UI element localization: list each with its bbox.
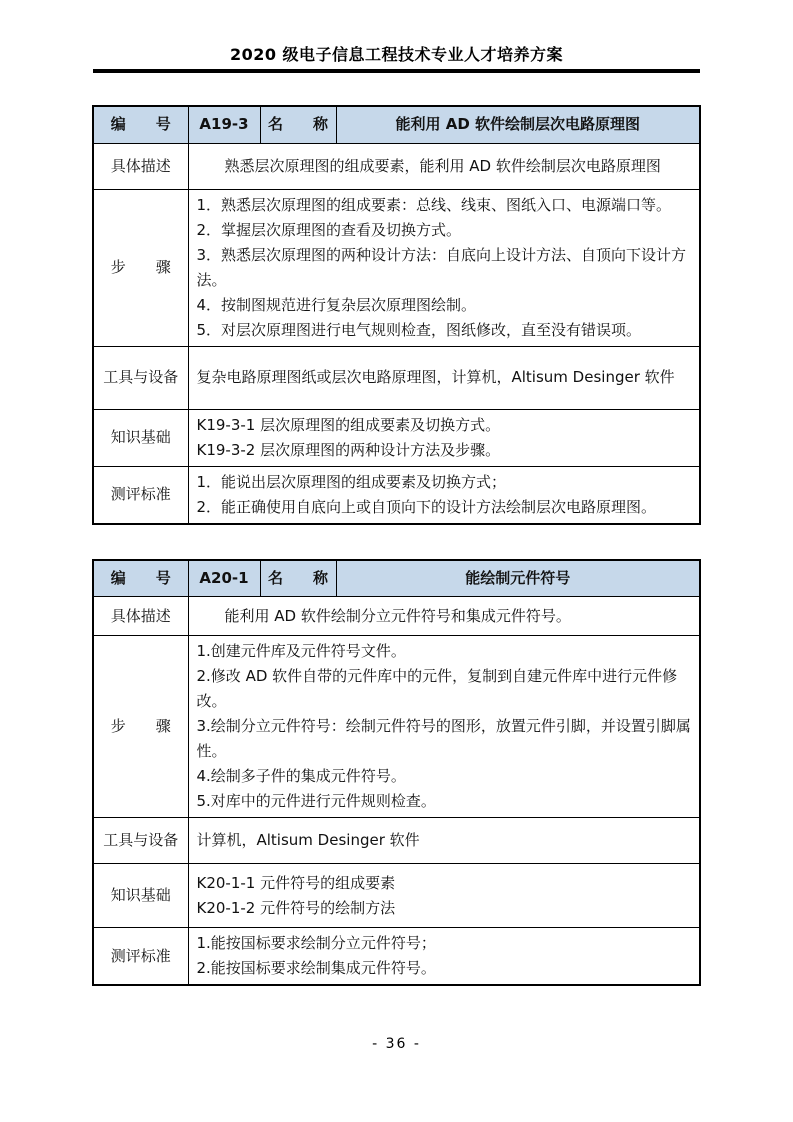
- competency-title: 能利用 AD 软件绘制层次电路原理图: [336, 106, 700, 143]
- knowledge-label: 知识基础: [93, 409, 188, 466]
- step-item: 4.绘制多子件的集成元件符号。: [197, 764, 692, 789]
- table-row: 测评标准 1.能按国标要求绘制分立元件符号； 2.能按国标要求绘制集成元件符号。: [93, 928, 700, 986]
- tools-label: 工具与设备: [93, 346, 188, 409]
- name-label: 名 称: [260, 560, 336, 597]
- table-row: 步 骤 1．熟悉层次原理图的组成要素：总线、线束、图纸入口、电源端口等。 2．掌…: [93, 189, 700, 346]
- step-item: 2.修改 AD 软件自带的元件库中的元件，复制到自建元件库中进行元件修改。: [197, 664, 692, 714]
- table-row: 工具与设备 复杂电路原理图纸或层次电路原理图，计算机，Altisum Desin…: [93, 346, 700, 409]
- knowledge-item: K20-1-1 元件符号的组成要素: [197, 871, 692, 896]
- table-row: 编 号 A20-1 名 称 能绘制元件符号: [93, 560, 700, 597]
- competency-code: A20-1: [188, 560, 260, 597]
- page-number: - 36 -: [0, 1036, 793, 1052]
- step-item: 1.创建元件库及元件符号文件。: [197, 639, 692, 664]
- knowledge-item: K20-1-2 元件符号的绘制方法: [197, 896, 692, 921]
- criteria-item: 2.能按国标要求绘制集成元件符号。: [197, 956, 692, 981]
- steps-label: 步 骤: [93, 636, 188, 818]
- knowledge-item: K19-3-1 层次原理图的组成要素及切换方式。: [197, 413, 692, 438]
- criteria-item: 1．能说出层次原理图的组成要素及切换方式；: [197, 470, 692, 495]
- table-row: 测评标准 1．能说出层次原理图的组成要素及切换方式； 2．能正确使用自底向上或自…: [93, 466, 700, 524]
- steps-text: 1.创建元件库及元件符号文件。 2.修改 AD 软件自带的元件库中的元件，复制到…: [188, 636, 700, 818]
- table-row: 知识基础 K19-3-1 层次原理图的组成要素及切换方式。 K19-3-2 层次…: [93, 409, 700, 466]
- table-row: 步 骤 1.创建元件库及元件符号文件。 2.修改 AD 软件自带的元件库中的元件…: [93, 636, 700, 818]
- table-row: 具体描述 熟悉层次原理图的组成要素，能利用 AD 软件绘制层次电路原理图: [93, 143, 700, 189]
- table-row: 具体描述 能利用 AD 软件绘制分立元件符号和集成元件符号。: [93, 597, 700, 636]
- step-item: 5.对库中的元件进行元件规则检查。: [197, 789, 692, 814]
- description-text: 能利用 AD 软件绘制分立元件符号和集成元件符号。: [188, 597, 700, 636]
- step-item: 2．掌握层次原理图的查看及切换方式。: [197, 218, 692, 243]
- criteria-item: 2．能正确使用自底向上或自顶向下的设计方法绘制层次电路原理图。: [197, 495, 692, 520]
- competency-table-a19-3: 编 号 A19-3 名 称 能利用 AD 软件绘制层次电路原理图 具体描述 熟悉…: [92, 105, 701, 525]
- competency-title: 能绘制元件符号: [336, 560, 700, 597]
- knowledge-text: K19-3-1 层次原理图的组成要素及切换方式。 K19-3-2 层次原理图的两…: [188, 409, 700, 466]
- steps-text: 1．熟悉层次原理图的组成要素：总线、线束、图纸入口、电源端口等。 2．掌握层次原…: [188, 189, 700, 346]
- description-text: 熟悉层次原理图的组成要素，能利用 AD 软件绘制层次电路原理图: [188, 143, 700, 189]
- knowledge-item: K19-3-2 层次原理图的两种设计方法及步骤。: [197, 438, 692, 463]
- criteria-label: 测评标准: [93, 928, 188, 986]
- knowledge-label: 知识基础: [93, 864, 188, 928]
- number-label: 编 号: [93, 560, 188, 597]
- steps-label: 步 骤: [93, 189, 188, 346]
- step-item: 4．按制图规范进行复杂层次原理图绘制。: [197, 293, 692, 318]
- competency-code: A19-3: [188, 106, 260, 143]
- tools-text: 计算机，Altisum Desinger 软件: [188, 818, 700, 864]
- description-label: 具体描述: [93, 597, 188, 636]
- step-item: 3.绘制分立元件符号：绘制元件符号的图形，放置元件引脚，并设置引脚属性。: [197, 714, 692, 764]
- criteria-text: 1．能说出层次原理图的组成要素及切换方式； 2．能正确使用自底向上或自顶向下的设…: [188, 466, 700, 524]
- step-item: 3．熟悉层次原理图的两种设计方法：自底向上设计方法、自顶向下设计方法。: [197, 243, 692, 293]
- tools-text: 复杂电路原理图纸或层次电路原理图，计算机，Altisum Desinger 软件: [188, 346, 700, 409]
- criteria-label: 测评标准: [93, 466, 188, 524]
- step-item: 5．对层次原理图进行电气规则检查，图纸修改，直至没有错误项。: [197, 318, 692, 343]
- competency-table-a20-1: 编 号 A20-1 名 称 能绘制元件符号 具体描述 能利用 AD 软件绘制分立…: [92, 559, 701, 987]
- table-row: 编 号 A19-3 名 称 能利用 AD 软件绘制层次电路原理图: [93, 106, 700, 143]
- criteria-item: 1.能按国标要求绘制分立元件符号；: [197, 931, 692, 956]
- criteria-text: 1.能按国标要求绘制分立元件符号； 2.能按国标要求绘制集成元件符号。: [188, 928, 700, 986]
- table-row: 知识基础 K20-1-1 元件符号的组成要素 K20-1-2 元件符号的绘制方法: [93, 864, 700, 928]
- description-label: 具体描述: [93, 143, 188, 189]
- header-double-rule: [93, 69, 700, 73]
- page-title: 2020 级电子信息工程技术专业人才培养方案: [0, 0, 793, 65]
- number-label: 编 号: [93, 106, 188, 143]
- table-row: 工具与设备 计算机，Altisum Desinger 软件: [93, 818, 700, 864]
- knowledge-text: K20-1-1 元件符号的组成要素 K20-1-2 元件符号的绘制方法: [188, 864, 700, 928]
- step-item: 1．熟悉层次原理图的组成要素：总线、线束、图纸入口、电源端口等。: [197, 193, 692, 218]
- tools-label: 工具与设备: [93, 818, 188, 864]
- name-label: 名 称: [260, 106, 336, 143]
